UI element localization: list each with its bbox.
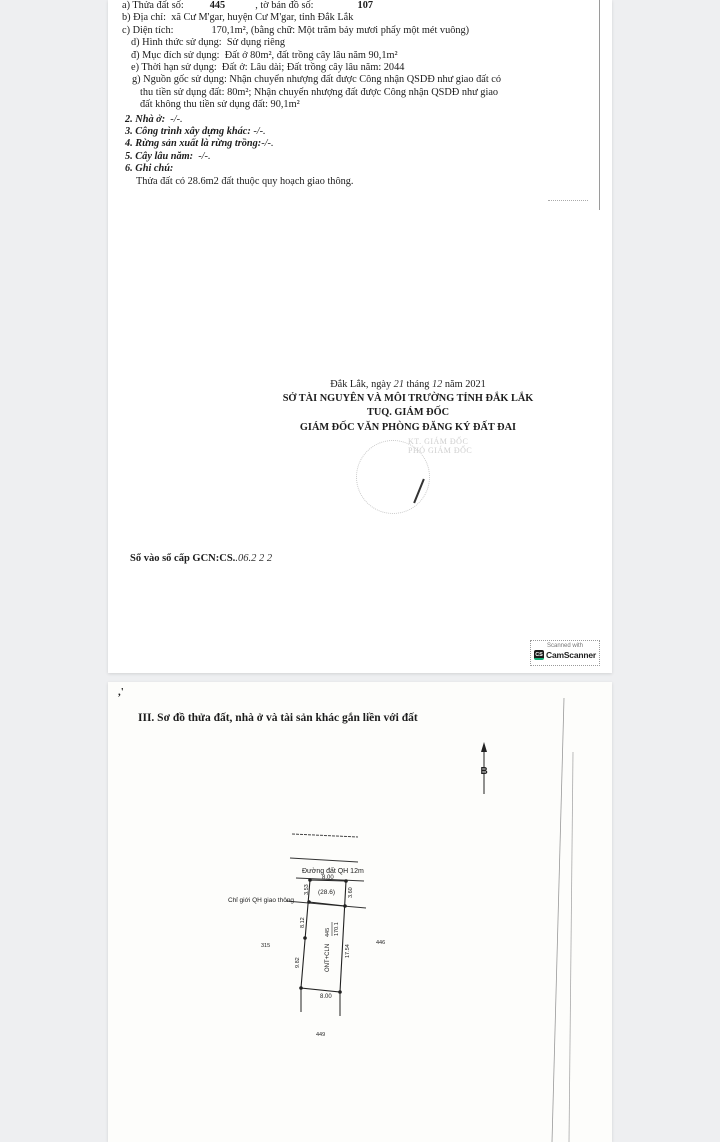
area-label: c) Diện tích: — [122, 25, 173, 36]
sign-day: 21 — [394, 379, 404, 390]
map-sheet-label: , tờ bản đồ số: — [255, 0, 313, 11]
usage-origin-label: g) Nguồn gốc sử dụng: — [132, 74, 227, 85]
parcel-plan-diagram: B Đường đất QH 12m Chỉ giới QH giao thôn… — [108, 682, 612, 1142]
boundary-label: Chỉ giới QH giao thông — [228, 896, 294, 904]
usage-purpose-label: đ) Mục đích sử dụng: — [131, 50, 220, 61]
neighbor-parcel-bottom: 449 — [316, 1032, 325, 1038]
usage-purpose-value: Đất ở 80m², đất trồng cây lâu năm 90,1m² — [225, 50, 398, 61]
section-notes: 6. Ghi chú: — [125, 163, 562, 175]
document-page-1: a) Thửa đất số:445, tờ bản đồ số:107 b) … — [108, 0, 612, 673]
area-row: c) Diện tích:170,1m², (bằng chữ: Một tră… — [122, 25, 562, 37]
usage-form-row: d) Hình thức sử dụng: Sử dụng riêng — [122, 37, 562, 49]
area-value: 170,1m², (bằng chữ: Một trăm bảy mươi ph… — [211, 25, 469, 36]
camscanner-watermark: Scanned with CS CamScanner — [530, 640, 600, 666]
road-label: Đường đất QH 12m — [302, 866, 364, 875]
north-arrow-icon: B — [481, 742, 488, 794]
parcel-number-label: a) Thửa đất số: — [122, 0, 184, 11]
address-value: xã Cư M'gar, huyện Cư M'gar, tỉnh Đắk Lắ… — [171, 12, 353, 23]
section-other-construction: 3. Công trình xây dựng khác: -/-. — [125, 126, 562, 138]
section-house: 2. Nhà ở: -/-. — [125, 114, 562, 126]
parcel-number: 445 — [210, 0, 225, 11]
sign-month: 12 — [432, 379, 442, 390]
parcel-area-label: 170.1 — [334, 922, 340, 936]
parcel-number-label: 445 — [325, 928, 331, 937]
svg-text:8.12: 8.12 — [300, 917, 306, 928]
map-sheet-number: 107 — [358, 0, 373, 11]
parcel-land-type: ONT+CLN — [325, 944, 331, 972]
watermark-caption: Scanned with — [531, 642, 599, 650]
usage-term-label: e) Thời hạn sử dụng: — [131, 62, 217, 73]
sign-date: Đắk Lắk, ngày 21 tháng 12 năm 2021 — [258, 378, 558, 392]
svg-text:3.53: 3.53 — [304, 884, 310, 895]
scan-edge-line — [599, 0, 600, 210]
neighbor-parcel-left: 315 — [261, 943, 270, 949]
camscanner-logo-icon: CS — [534, 650, 544, 660]
address-label: b) Địa chỉ: — [122, 12, 166, 23]
parcel-info-section: a) Thửa đất số:445, tờ bản đồ số:107 b) … — [122, 0, 562, 188]
svg-text:3.60: 3.60 — [348, 887, 354, 898]
sign-agency: SỞ TÀI NGUYÊN VÀ MÔI TRƯỜNG TỈNH ĐẮK LẮK — [258, 392, 558, 406]
usage-origin-line-1: Nhận chuyển nhượng đất được Công nhận QS… — [229, 74, 501, 85]
section-perennial-trees: 5. Cây lâu năm: -/-. — [125, 151, 562, 163]
note-text: Thửa đất có 28.6m2 đất thuộc quy hoạch g… — [122, 176, 562, 188]
document-page-2: ,' III. Sơ đồ thửa đất, nhà ở và tài sản… — [108, 682, 612, 1142]
svg-text:B: B — [481, 766, 488, 777]
usage-term-value: Đất ở: Lâu dài; Đất trồng cây lâu năm: 2… — [222, 62, 404, 73]
usage-origin-line-3: đất không thu tiền sử dụng đất: 90,1m² — [132, 99, 562, 111]
stamp-text: KT. GIÁM ĐỐC PHÓ GIÁM ĐỐC — [408, 437, 472, 455]
section-planted-forest: 4. Rừng sản xuất là rừng trồng:-/-. — [125, 138, 562, 150]
sign-title: GIÁM ĐỐC VĂN PHÒNG ĐĂNG KÝ ĐẤT ĐAI — [258, 421, 558, 435]
scan-mark — [548, 200, 588, 201]
top-width-label: 8.00 — [322, 875, 334, 881]
road-area-label: (28.6) — [318, 889, 335, 896]
usage-origin-line-2: thu tiền sử dụng đất: 80m²; Nhận chuyển … — [132, 87, 562, 99]
sign-authorization: TUQ. GIÁM ĐỐC — [258, 406, 558, 420]
usage-term-row: e) Thời hạn sử dụng: Đất ở: Lâu dài; Đất… — [122, 62, 562, 74]
address-row: b) Địa chỉ: xã Cư M'gar, huyện Cư M'gar,… — [122, 12, 562, 24]
svg-text:17.54: 17.54 — [345, 944, 351, 958]
neighbor-parcel-right: 446 — [376, 940, 385, 946]
usage-form-label: d) Hình thức sử dụng: — [131, 37, 222, 48]
usage-form-value: Sử dụng riêng — [227, 37, 285, 48]
parcel-number-row: a) Thửa đất số:445, tờ bản đồ số:107 — [122, 0, 562, 12]
gcn-registry: Sổ vào sổ cấp GCN:CS..06.2 2 2 — [130, 553, 272, 564]
bottom-width-label: 8.00 — [320, 994, 332, 1000]
svg-text:9.82: 9.82 — [295, 957, 301, 968]
gcn-value: .06.2 2 2 — [235, 553, 272, 564]
usage-purpose-row: đ) Mục đích sử dụng: Đất ở 80m², đất trồ… — [122, 50, 562, 62]
signature-block: Đắk Lắk, ngày 21 tháng 12 năm 2021 SỞ TÀ… — [258, 378, 558, 435]
watermark-name: CamScanner — [546, 650, 596, 660]
gcn-label: Sổ vào sổ cấp GCN:CS. — [130, 553, 235, 564]
usage-origin-row: g) Nguồn gốc sử dụng: Nhận chuyển nhượng… — [122, 74, 562, 111]
